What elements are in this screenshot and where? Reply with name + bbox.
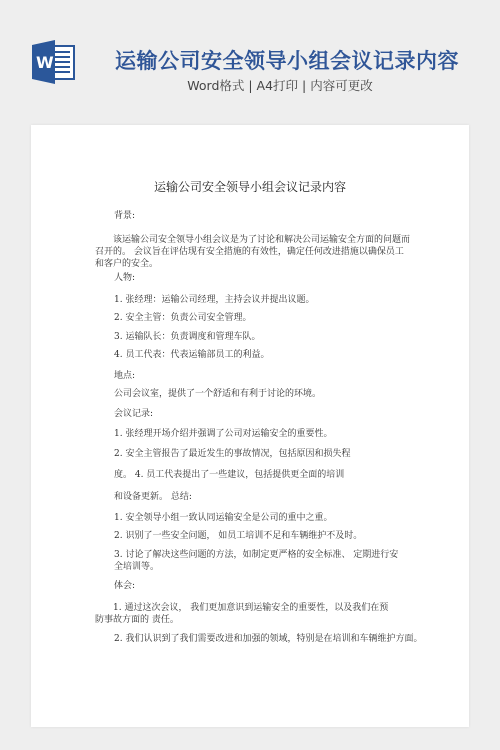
- minutes-item: 和设备更新。 总结:: [114, 491, 192, 503]
- document-page: 运输公司安全领导小组会议记录内容 背景: 该运输公司安全领导小组会议是为了讨论和…: [31, 125, 469, 727]
- location-text: 公司会议室，提供了一个舒适和有利于讨论的环境。: [114, 388, 321, 400]
- minutes-item: 度。 4. 员工代表提出了一些建议，包括提供更全面的培训: [114, 469, 344, 481]
- page-subtitle: Word格式 | A4打印 | 内容可更改: [180, 76, 380, 94]
- people-item: 3. 运输队长：负责调度和管理车队。: [114, 331, 260, 343]
- location-heading: 地点:: [114, 370, 135, 382]
- people-item: 1. 张经理：运输公司经理，主持会议并提出议题。: [114, 294, 314, 306]
- header: W 运输公司安全领导小组会议记录内容 Word格式 | A4打印 | 内容可更改: [0, 0, 500, 110]
- page-title: 运输公司安全领导小组会议记录内容: [115, 45, 435, 75]
- reflection-item: 1. 通过这次会议， 我们更加意识到运输安全的重要性，以及我们在预防事故方面的 …: [95, 602, 395, 626]
- background-heading: 背景:: [114, 210, 135, 222]
- people-heading: 人物:: [114, 272, 135, 284]
- people-item: 2. 安全主管：负责公司安全管理。: [114, 312, 251, 324]
- svg-text:W: W: [36, 53, 54, 72]
- people-item: 4. 员工代表：代表运输部员工的利益。: [114, 349, 269, 361]
- minutes-item: 2. 安全主管报告了最近发生的事故情况，包括原因和损失程: [114, 448, 350, 460]
- reflection-item: 2. 我们认识到了我们需要改进和加强的领域，特别是在培训和车辆维护方面。: [114, 633, 422, 645]
- reflection-heading: 体会:: [114, 580, 135, 592]
- word-doc-icon: W: [31, 40, 77, 84]
- minutes-heading: 会议记录:: [114, 408, 153, 420]
- minutes-item: 1. 张经理开场介绍并强调了公司对运输安全的重要性。: [114, 428, 332, 440]
- summary-item: 1. 安全领导小组一致认同运输安全是公司的重中之重。: [114, 512, 332, 524]
- background-text: 该运输公司安全领导小组会议是为了讨论和解决公司运输安全方面的问题而召开的。 会议…: [95, 234, 410, 270]
- summary-item: 2. 识别了一些安全问题， 如员工培训不足和车辆维护不及时。: [114, 530, 362, 542]
- document-title: 运输公司安全领导小组会议记录内容: [31, 178, 469, 195]
- summary-item: 3. 讨论了解决这些问题的方法，如制定更严格的安全标准、 定期进行安全培训等。: [114, 549, 404, 573]
